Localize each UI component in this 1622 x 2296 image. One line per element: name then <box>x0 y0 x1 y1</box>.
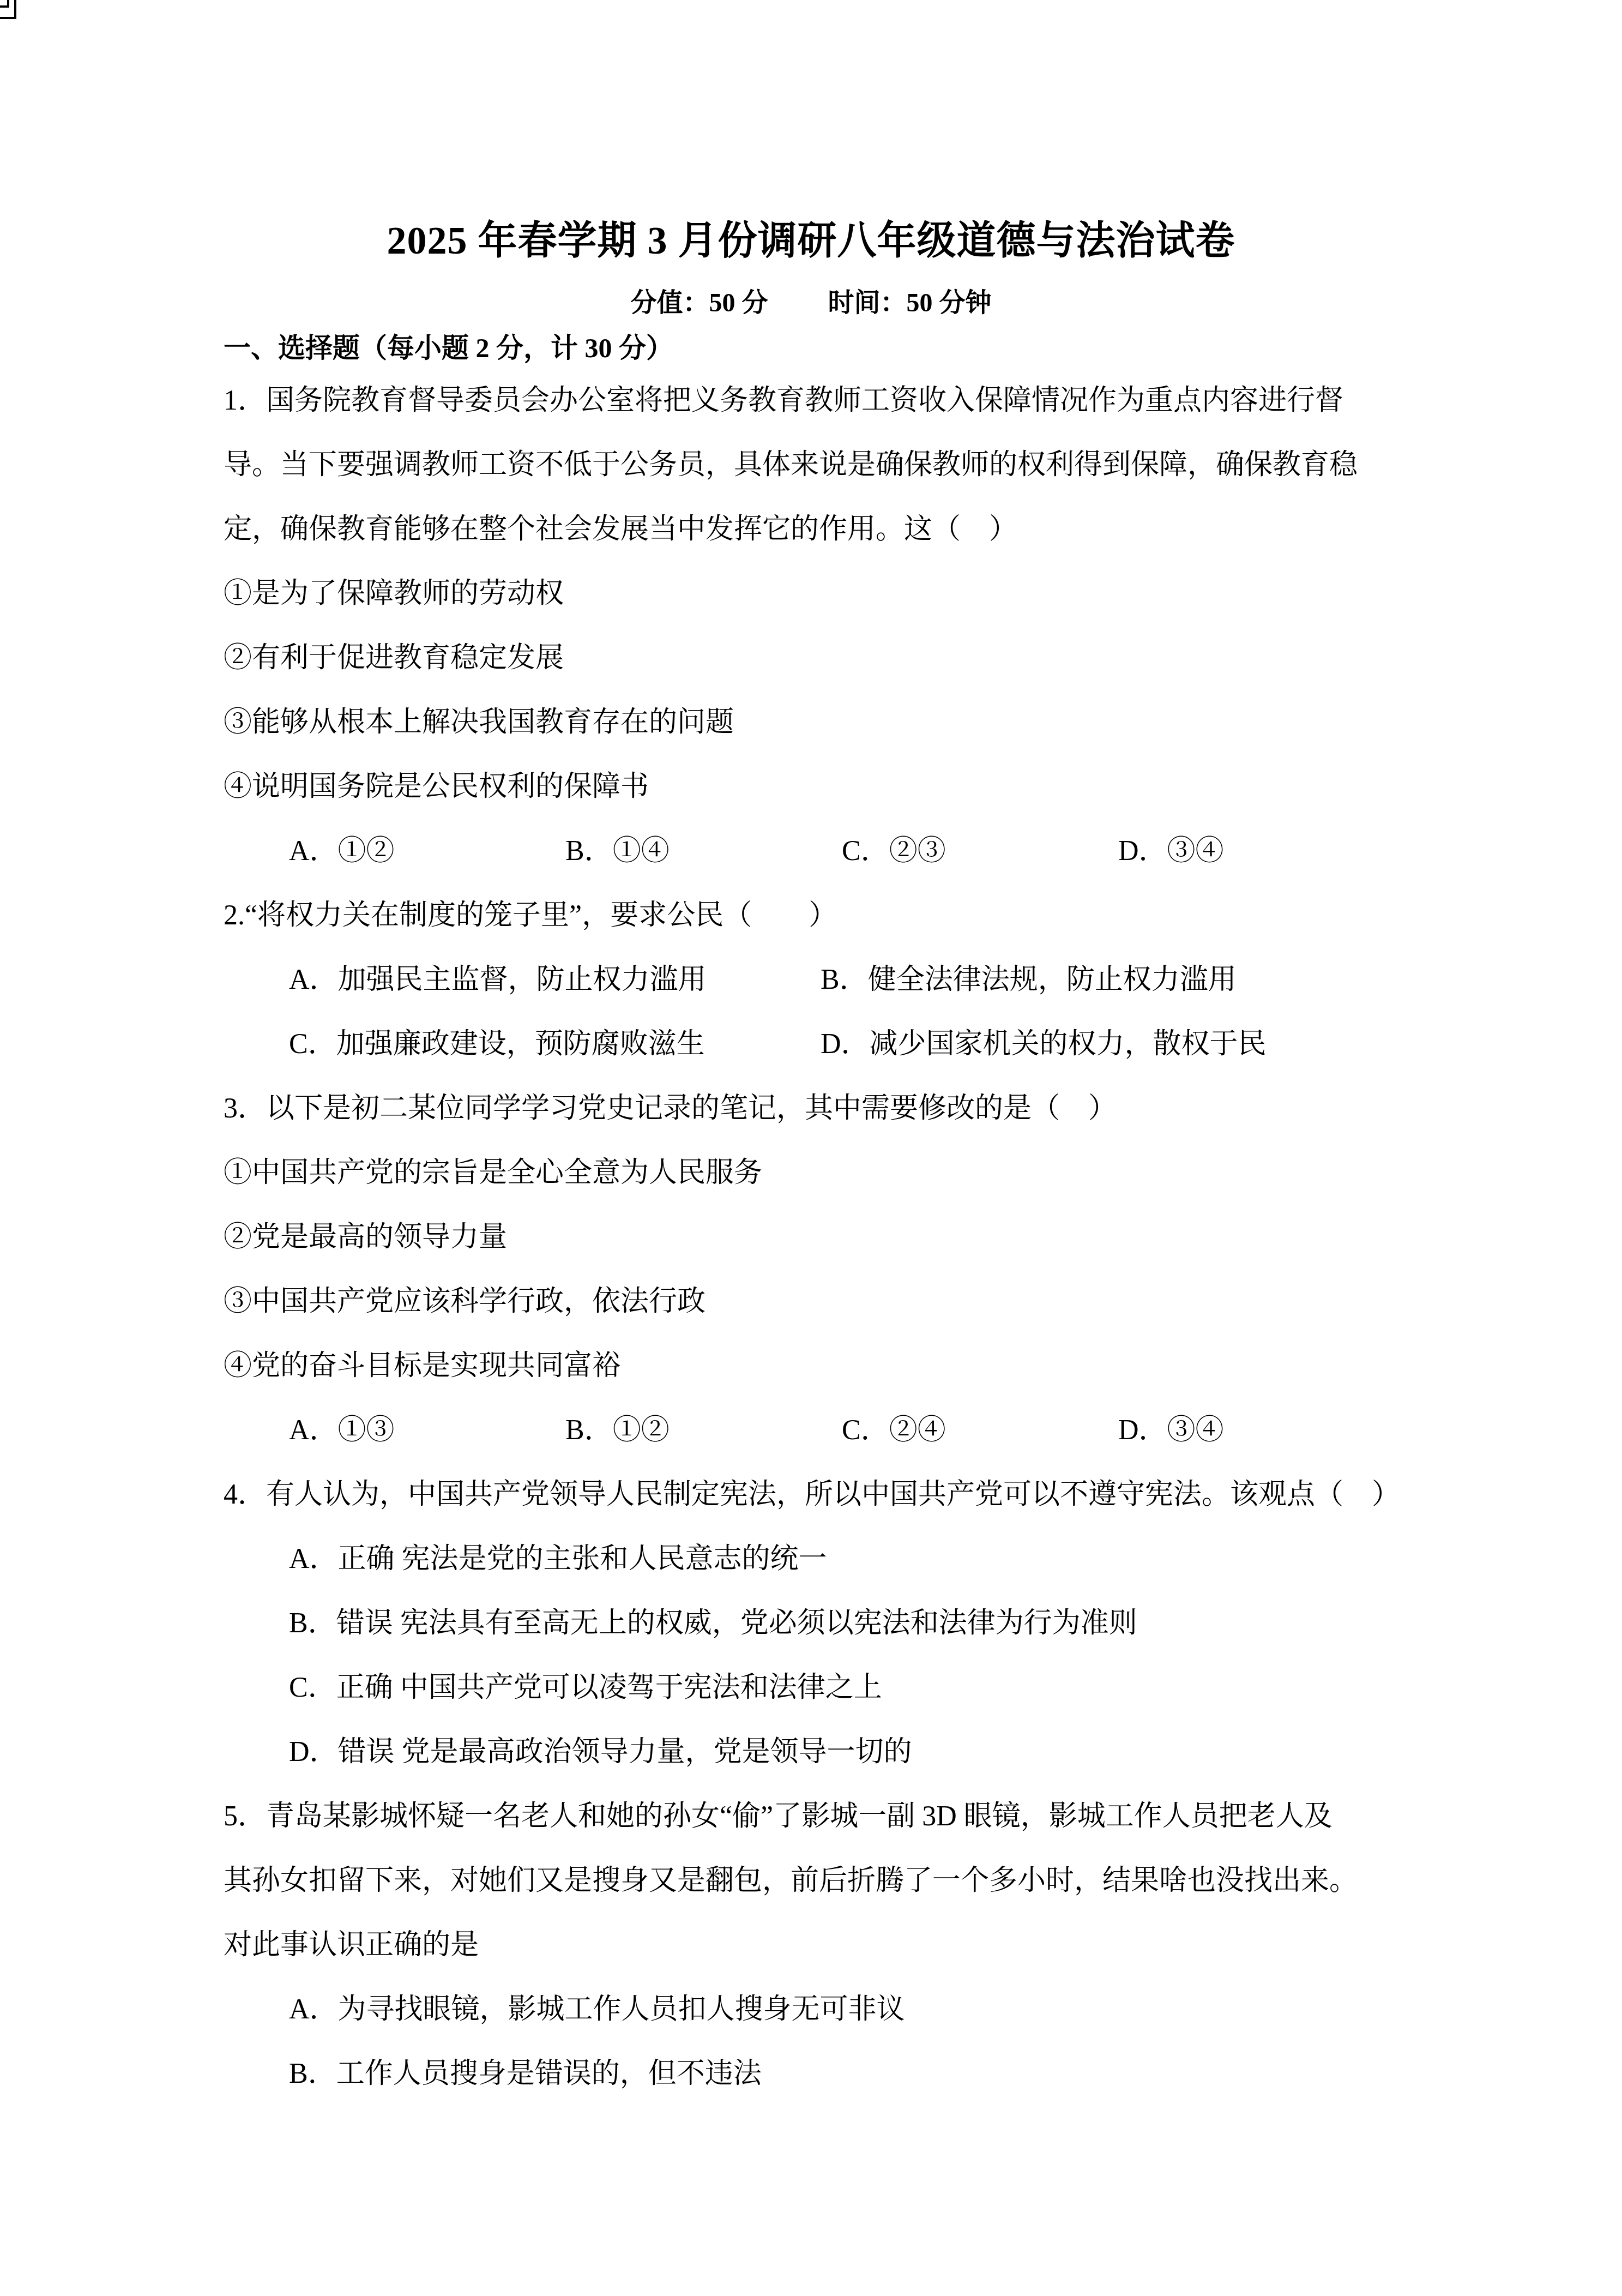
question-2-option-d: D．减少国家机关的权力，散权于民 <box>821 1012 1267 1077</box>
question-3-options-row: A．①③ B．①② C．②④ D．③④ <box>224 1398 1396 1463</box>
question-4-option-c: C．正确 中国共产党可以凌驾于宪法和法律之上 <box>224 1656 1396 1720</box>
question-1-stem-line-2: 导。当下要强调教师工资不低于公务员，具体来说是确保教师的权利得到保障，确保教育稳 <box>224 433 1396 497</box>
question-1-options-row: A．①② B．①④ C．②③ D．③④ <box>224 819 1396 883</box>
questions-area: 1．国务院教育督导委员会办公室将把义务教育教师工资收入保障情况作为重点内容进行督… <box>224 369 1396 2106</box>
question-4-stem: 4．有人认为，中国共产党领导人民制定宪法，所以中国共产党可以不遵守宪法。该观点（… <box>224 1463 1396 1527</box>
question-4-option-a: A．正确 宪法是党的主张和人民意志的统一 <box>224 1527 1396 1591</box>
page-corner-outer-rectangle <box>0 0 16 19</box>
question-3-option-d: D．③④ <box>1118 1398 1395 1463</box>
page-corner-icon <box>0 0 33 33</box>
question-1-item-2: ②有利于促进教育稳定发展 <box>224 626 1396 690</box>
question-4-option-d: D．错误 党是最高政治领导力量，党是领导一切的 <box>224 1720 1396 1784</box>
question-5-stem-line-1: 5．青岛某影城怀疑一名老人和她的孙女“偷”了影城一副 3D 眼镜，影城工作人员把… <box>224 1784 1396 1849</box>
question-2-options-row-2: C．加强廉政建设，预防腐败滋生 D．减少国家机关的权力，散权于民 <box>224 1012 1396 1077</box>
question-3-item-4: ④党的奋斗目标是实现共同富裕 <box>224 1334 1396 1398</box>
question-3-item-1: ①中国共产党的宗旨是全心全意为人民服务 <box>224 1141 1396 1205</box>
question-5-stem-line-2: 其孙女扣留下来，对她们又是搜身又是翻包，前后折腾了一个多小时，结果啥也没找出来。 <box>224 1849 1396 1913</box>
question-1-stem-line-3: 定，确保教育能够在整个社会发展当中发挥它的作用。这（ ） <box>224 497 1396 562</box>
question-2-option-a: A．加强民主监督，防止权力滥用 <box>289 948 821 1012</box>
question-1-option-d: D．③④ <box>1118 819 1395 883</box>
question-1-item-4: ④说明国务院是公民权利的保障书 <box>224 755 1396 819</box>
question-2-option-b: B．健全法律法规，防止权力滥用 <box>821 948 1237 1012</box>
question-1-stem-line-1: 1．国务院教育督导委员会办公室将把义务教育教师工资收入保障情况作为重点内容进行督 <box>224 369 1396 433</box>
question-3-stem: 3．以下是初二某位同学学习党史记录的笔记，其中需要修改的是（ ） <box>224 1077 1396 1141</box>
section-heading: 一、选择题（每小题 2 分，计 30 分） <box>224 326 673 365</box>
question-1-item-1: ①是为了保障教师的劳动权 <box>224 562 1396 626</box>
question-1-option-c: C．②③ <box>842 819 1118 883</box>
question-4-option-b: B．错误 宪法具有至高无上的权威，党必须以宪法和法律为行为准则 <box>224 1591 1396 1656</box>
question-3-item-2: ②党是最高的领导力量 <box>224 1205 1396 1270</box>
question-1-option-b: B．①④ <box>565 819 842 883</box>
meta-time: 时间：50 分钟 <box>828 281 992 319</box>
question-3-option-b: B．①② <box>565 1398 842 1463</box>
question-2-option-c: C．加强廉政建设，预防腐败滋生 <box>289 1012 821 1077</box>
question-3-option-a: A．①③ <box>289 1398 565 1463</box>
question-2-stem: 2.“将权力关在制度的笼子里”，要求公民（ ） <box>224 883 1396 948</box>
page-corner-inner-rectangle <box>0 0 9 8</box>
question-5-stem-line-3: 对此事认识正确的是 <box>224 1913 1396 1978</box>
question-1-item-3: ③能够从根本上解决我国教育存在的问题 <box>224 690 1396 755</box>
question-5-option-b: B．工作人员搜身是错误的，但不违法 <box>224 2042 1396 2106</box>
question-1-option-a: A．①② <box>289 819 565 883</box>
question-5-option-a: A．为寻找眼镜，影城工作人员扣人搜身无可非议 <box>224 1978 1396 2042</box>
question-2-options-row-1: A．加强民主监督，防止权力滥用 B．健全法律法规，防止权力滥用 <box>224 948 1396 1012</box>
exam-page: 2025 年春学期 3 月份调研八年级道德与法治试卷 分值：50 分 时间：50… <box>0 0 1622 2296</box>
page-title: 2025 年春学期 3 月份调研八年级道德与法治试卷 <box>0 208 1622 265</box>
meta-score: 分值：50 分 <box>630 281 768 319</box>
question-3-item-3: ③中国共产党应该科学行政，依法行政 <box>224 1270 1396 1334</box>
question-3-option-c: C．②④ <box>842 1398 1118 1463</box>
exam-meta: 分值：50 分 时间：50 分钟 <box>0 281 1622 319</box>
